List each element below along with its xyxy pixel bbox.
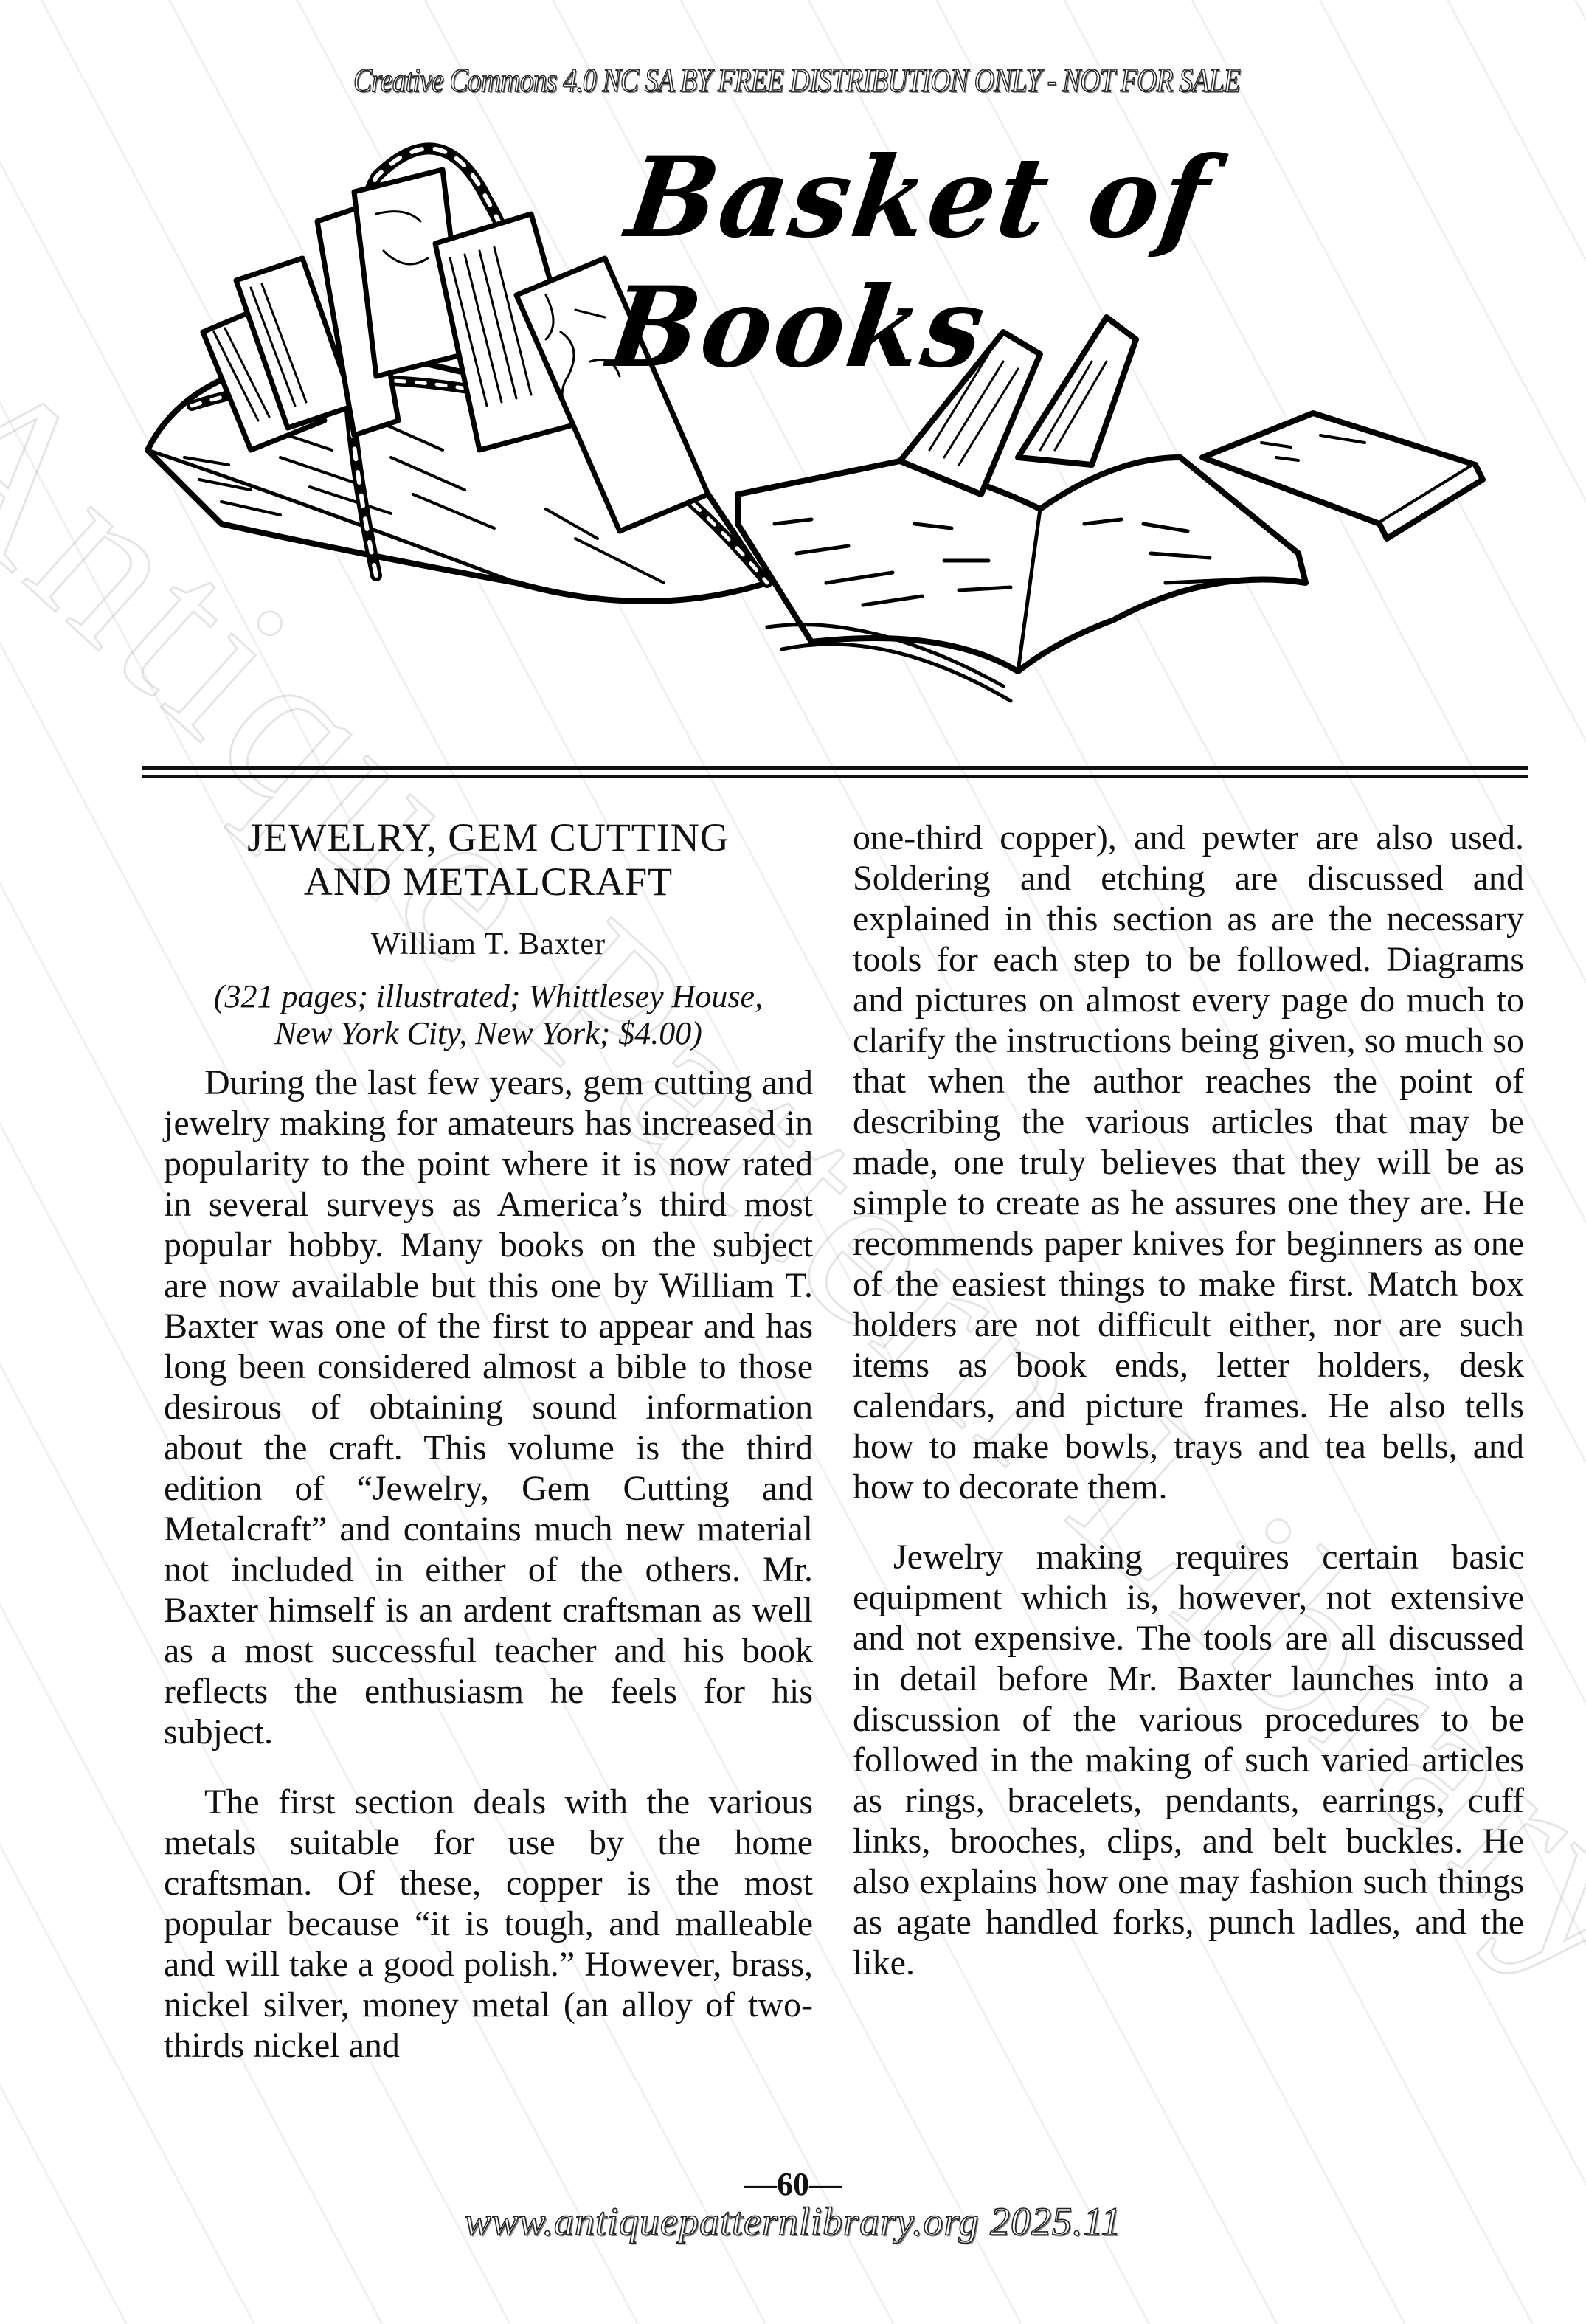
- paragraph-3: Jewelry making requires certain basic eq…: [853, 1537, 1524, 1983]
- divider-rule-bottom: [142, 775, 1528, 778]
- review-heading-line2: AND METALCRAFT: [304, 860, 673, 904]
- book-details-line1: (321 pages; illustrated; Whittlesey Hous…: [214, 978, 763, 1014]
- section-title: Basket of Books: [601, 133, 1556, 392]
- review-heading: JEWELRY, GEM CUTTING AND METALCRAFT: [164, 815, 813, 904]
- paragraph-2: The first section deals with the various…: [164, 1782, 813, 2066]
- license-banner: Creative Commons 4.0 NC SA BY FREE DISTR…: [271, 60, 1323, 100]
- divider-rule-top: [142, 766, 1528, 770]
- book-details-line2: New York City, New York; $4.00): [274, 1015, 702, 1051]
- open-book-icon: [738, 457, 1306, 701]
- column-right: one-third copper), and pewter are also u…: [853, 817, 1524, 1983]
- book-details: (321 pages; illustrated; Whittlesey Hous…: [164, 978, 813, 1052]
- paragraph-2-continued: one-third copper), and pewter are also u…: [853, 817, 1524, 1507]
- page-number: —60—: [0, 2165, 1586, 2203]
- column-left: JEWELRY, GEM CUTTING AND METALCRAFT Will…: [164, 815, 813, 2066]
- review-heading-line1: JEWELRY, GEM CUTTING: [247, 815, 729, 860]
- footer-url: www.antiquepatternlibrary.org 2025.11: [0, 2199, 1586, 2244]
- review-author: William T. Baxter: [164, 924, 813, 965]
- paragraph-1: During the last few years, gem cutting a…: [164, 1062, 813, 1752]
